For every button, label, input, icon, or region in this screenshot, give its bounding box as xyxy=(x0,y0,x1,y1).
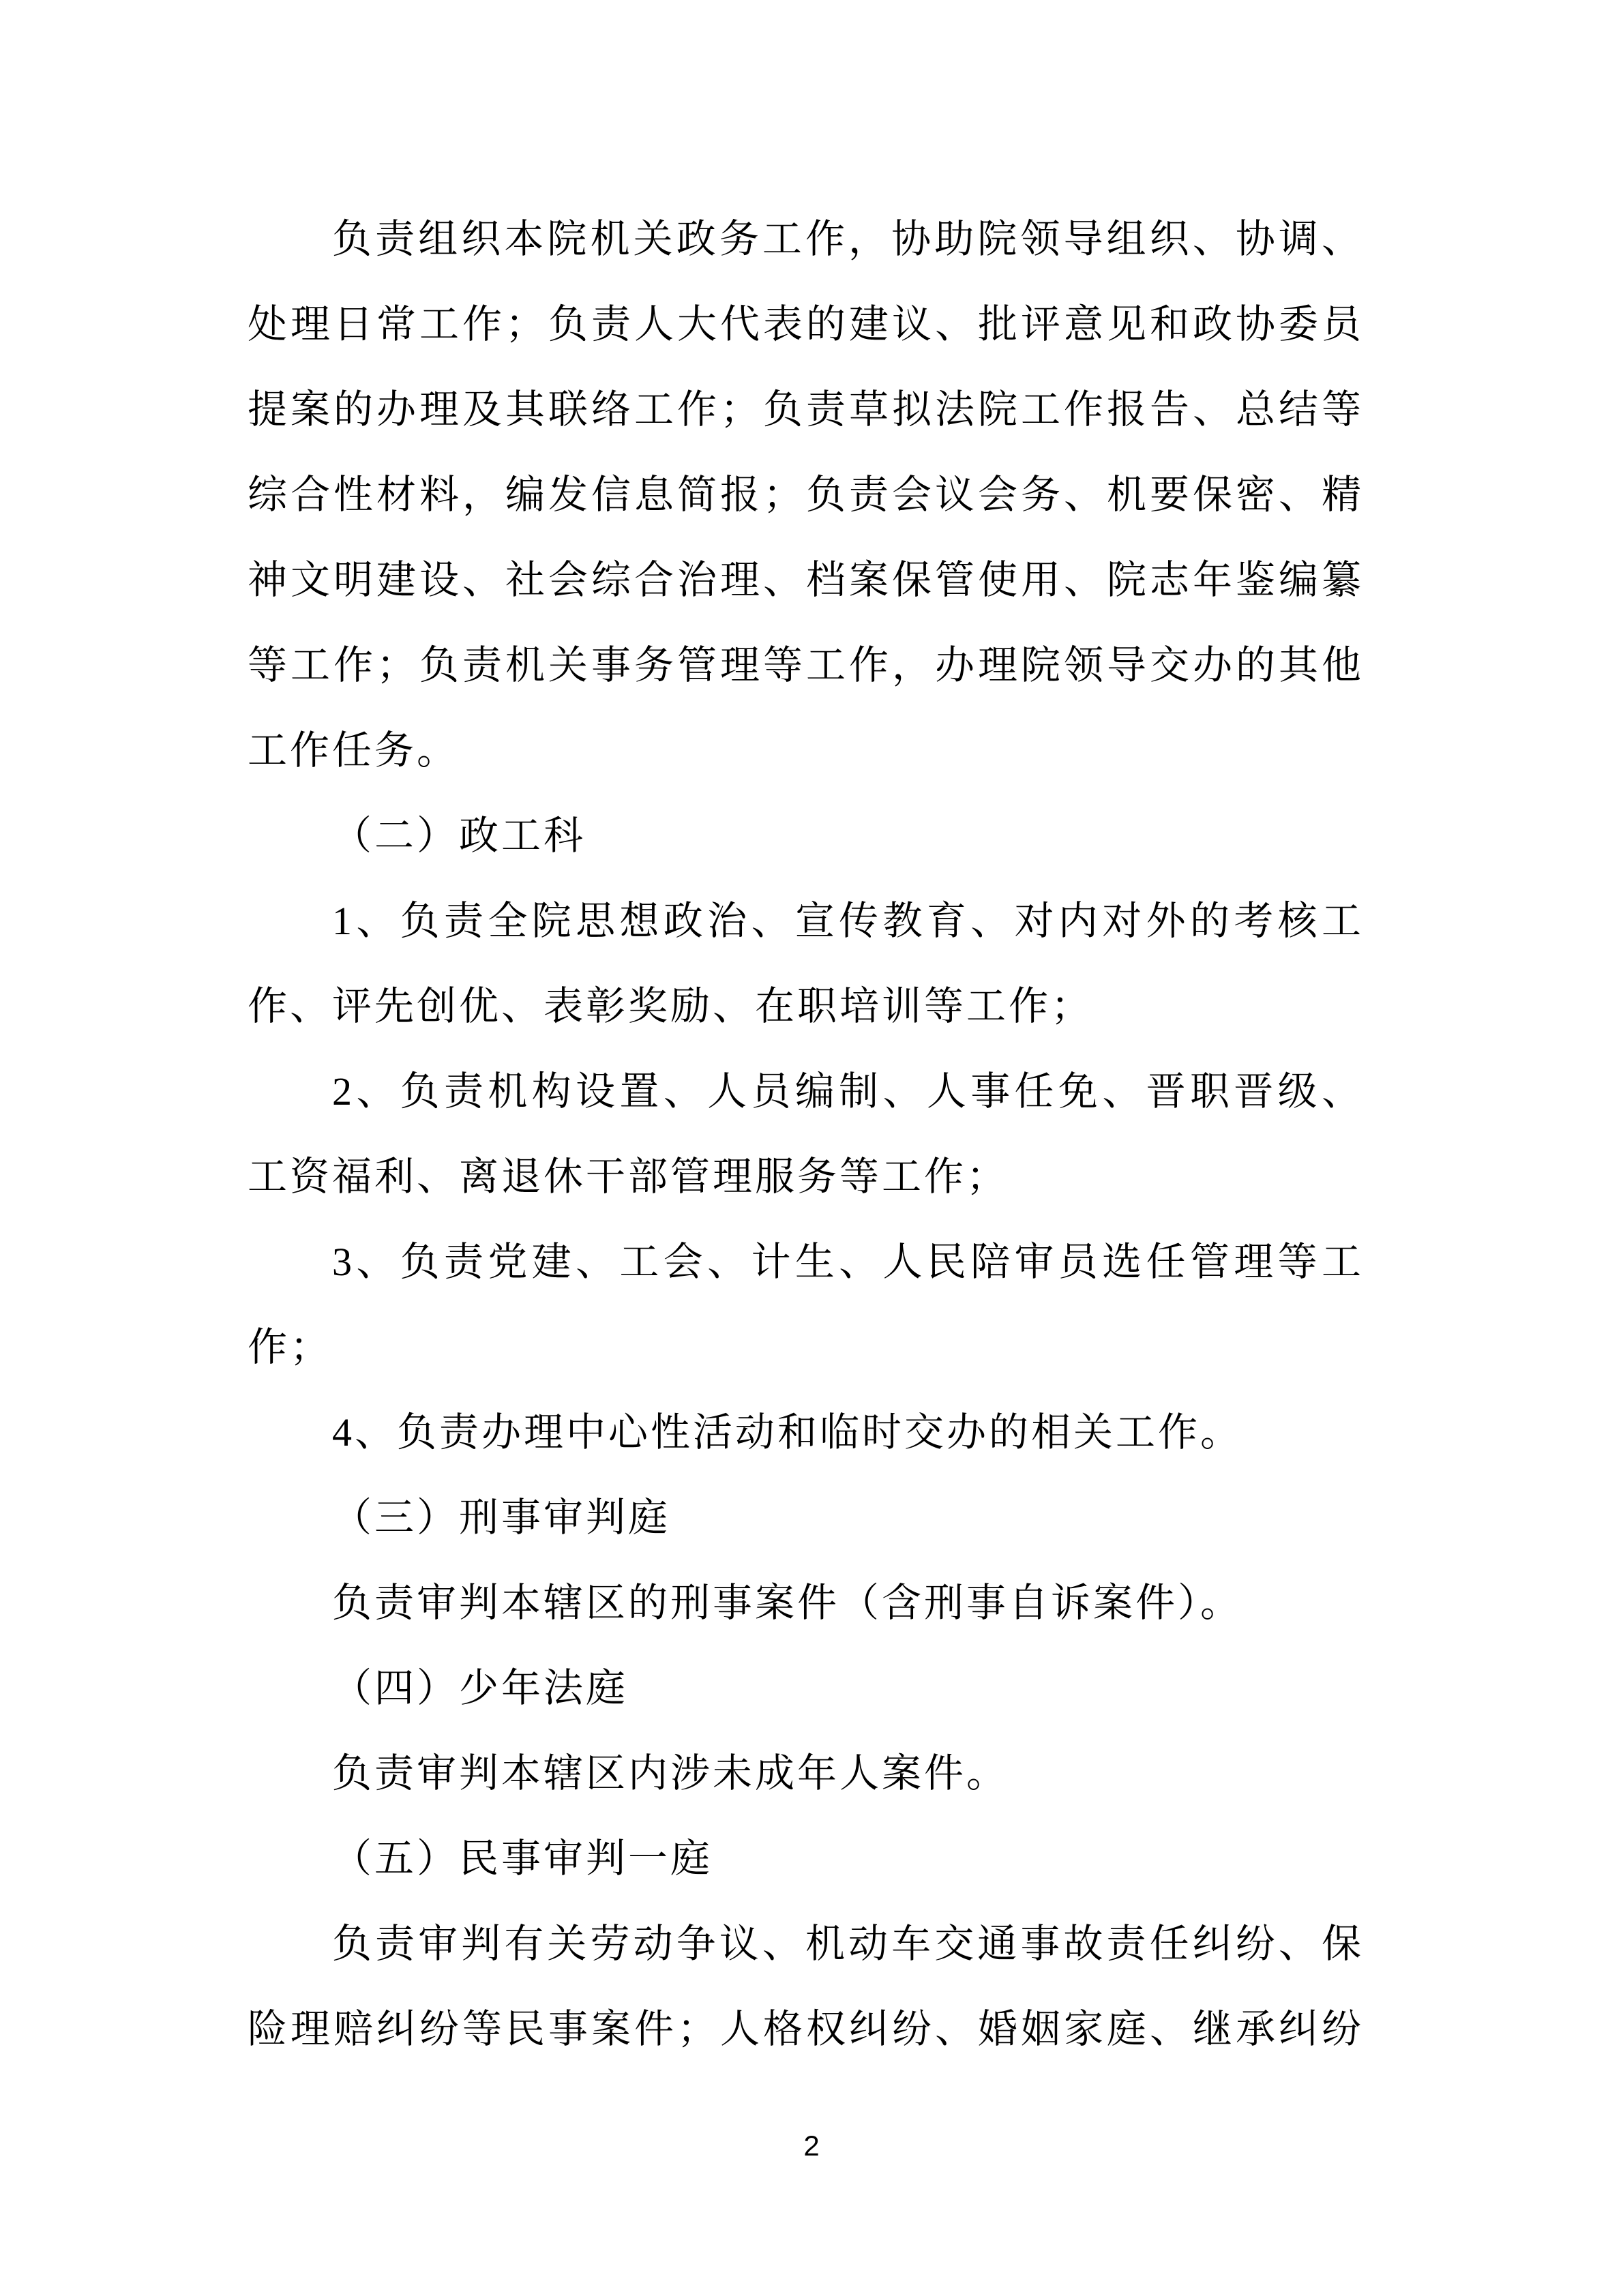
body-text-line: 等工作；负责机关事务管理等工作，办理院领导交办的其他 xyxy=(248,623,1364,708)
document-page: 负责组织本院机关政务工作，协助院领导组织、协调、 处理日常工作；负责人大代表的建… xyxy=(0,0,1623,2296)
body-text-line: 2、负责机构设置、人员编制、人事任免、晋职晋级、 xyxy=(248,1049,1364,1134)
body-text-line: 3、负责党建、工会、计生、人民陪审员选任管理等工 xyxy=(248,1219,1364,1304)
body-text-line: 作； xyxy=(248,1304,1364,1390)
body-text-line: 负责组织本院机关政务工作，协助院领导组织、协调、 xyxy=(248,196,1364,282)
body-text-line: 工资福利、离退休干部管理服务等工作； xyxy=(248,1134,1364,1219)
body-text-line: 工作任务。 xyxy=(248,708,1364,793)
body-text-line: 神文明建设、社会综合治理、档案保管使用、院志年鉴编纂 xyxy=(248,537,1364,623)
body-text-line: 负责审判本辖区的刑事案件（含刑事自诉案件）。 xyxy=(248,1560,1364,1645)
body-text-line: 负责审判本辖区内涉未成年人案件。 xyxy=(248,1731,1364,1816)
body-text-line: 险理赔纠纷等民事案件；人格权纠纷、婚姻家庭、继承纠纷 xyxy=(248,1986,1364,2072)
body-text-line: 提案的办理及其联络工作；负责草拟法院工作报告、总结等 xyxy=(248,367,1364,452)
section-heading-line: （二）政工科 xyxy=(248,793,1364,878)
section-heading-line: （四）少年法庭 xyxy=(248,1645,1364,1731)
section-heading-line: （五）民事审判一庭 xyxy=(248,1816,1364,1901)
section-heading-line: （三）刑事审判庭 xyxy=(248,1475,1364,1560)
body-text-line: 4、负责办理中心性活动和临时交办的相关工作。 xyxy=(248,1390,1364,1475)
body-text-line: 处理日常工作；负责人大代表的建议、批评意见和政协委员 xyxy=(248,282,1364,367)
document-body: 负责组织本院机关政务工作，协助院领导组织、协调、 处理日常工作；负责人大代表的建… xyxy=(248,196,1364,2072)
body-text-line: 负责审判有关劳动争议、机动车交通事故责任纠纷、保 xyxy=(248,1901,1364,1986)
body-text-line: 作、评先创优、表彰奖励、在职培训等工作； xyxy=(248,964,1364,1049)
body-text-line: 1、负责全院思想政治、宣传教育、对内对外的考核工 xyxy=(248,878,1364,964)
page-number: 2 xyxy=(0,2122,1623,2170)
body-text-line: 综合性材料，编发信息简报；负责会议会务、机要保密、精 xyxy=(248,452,1364,537)
